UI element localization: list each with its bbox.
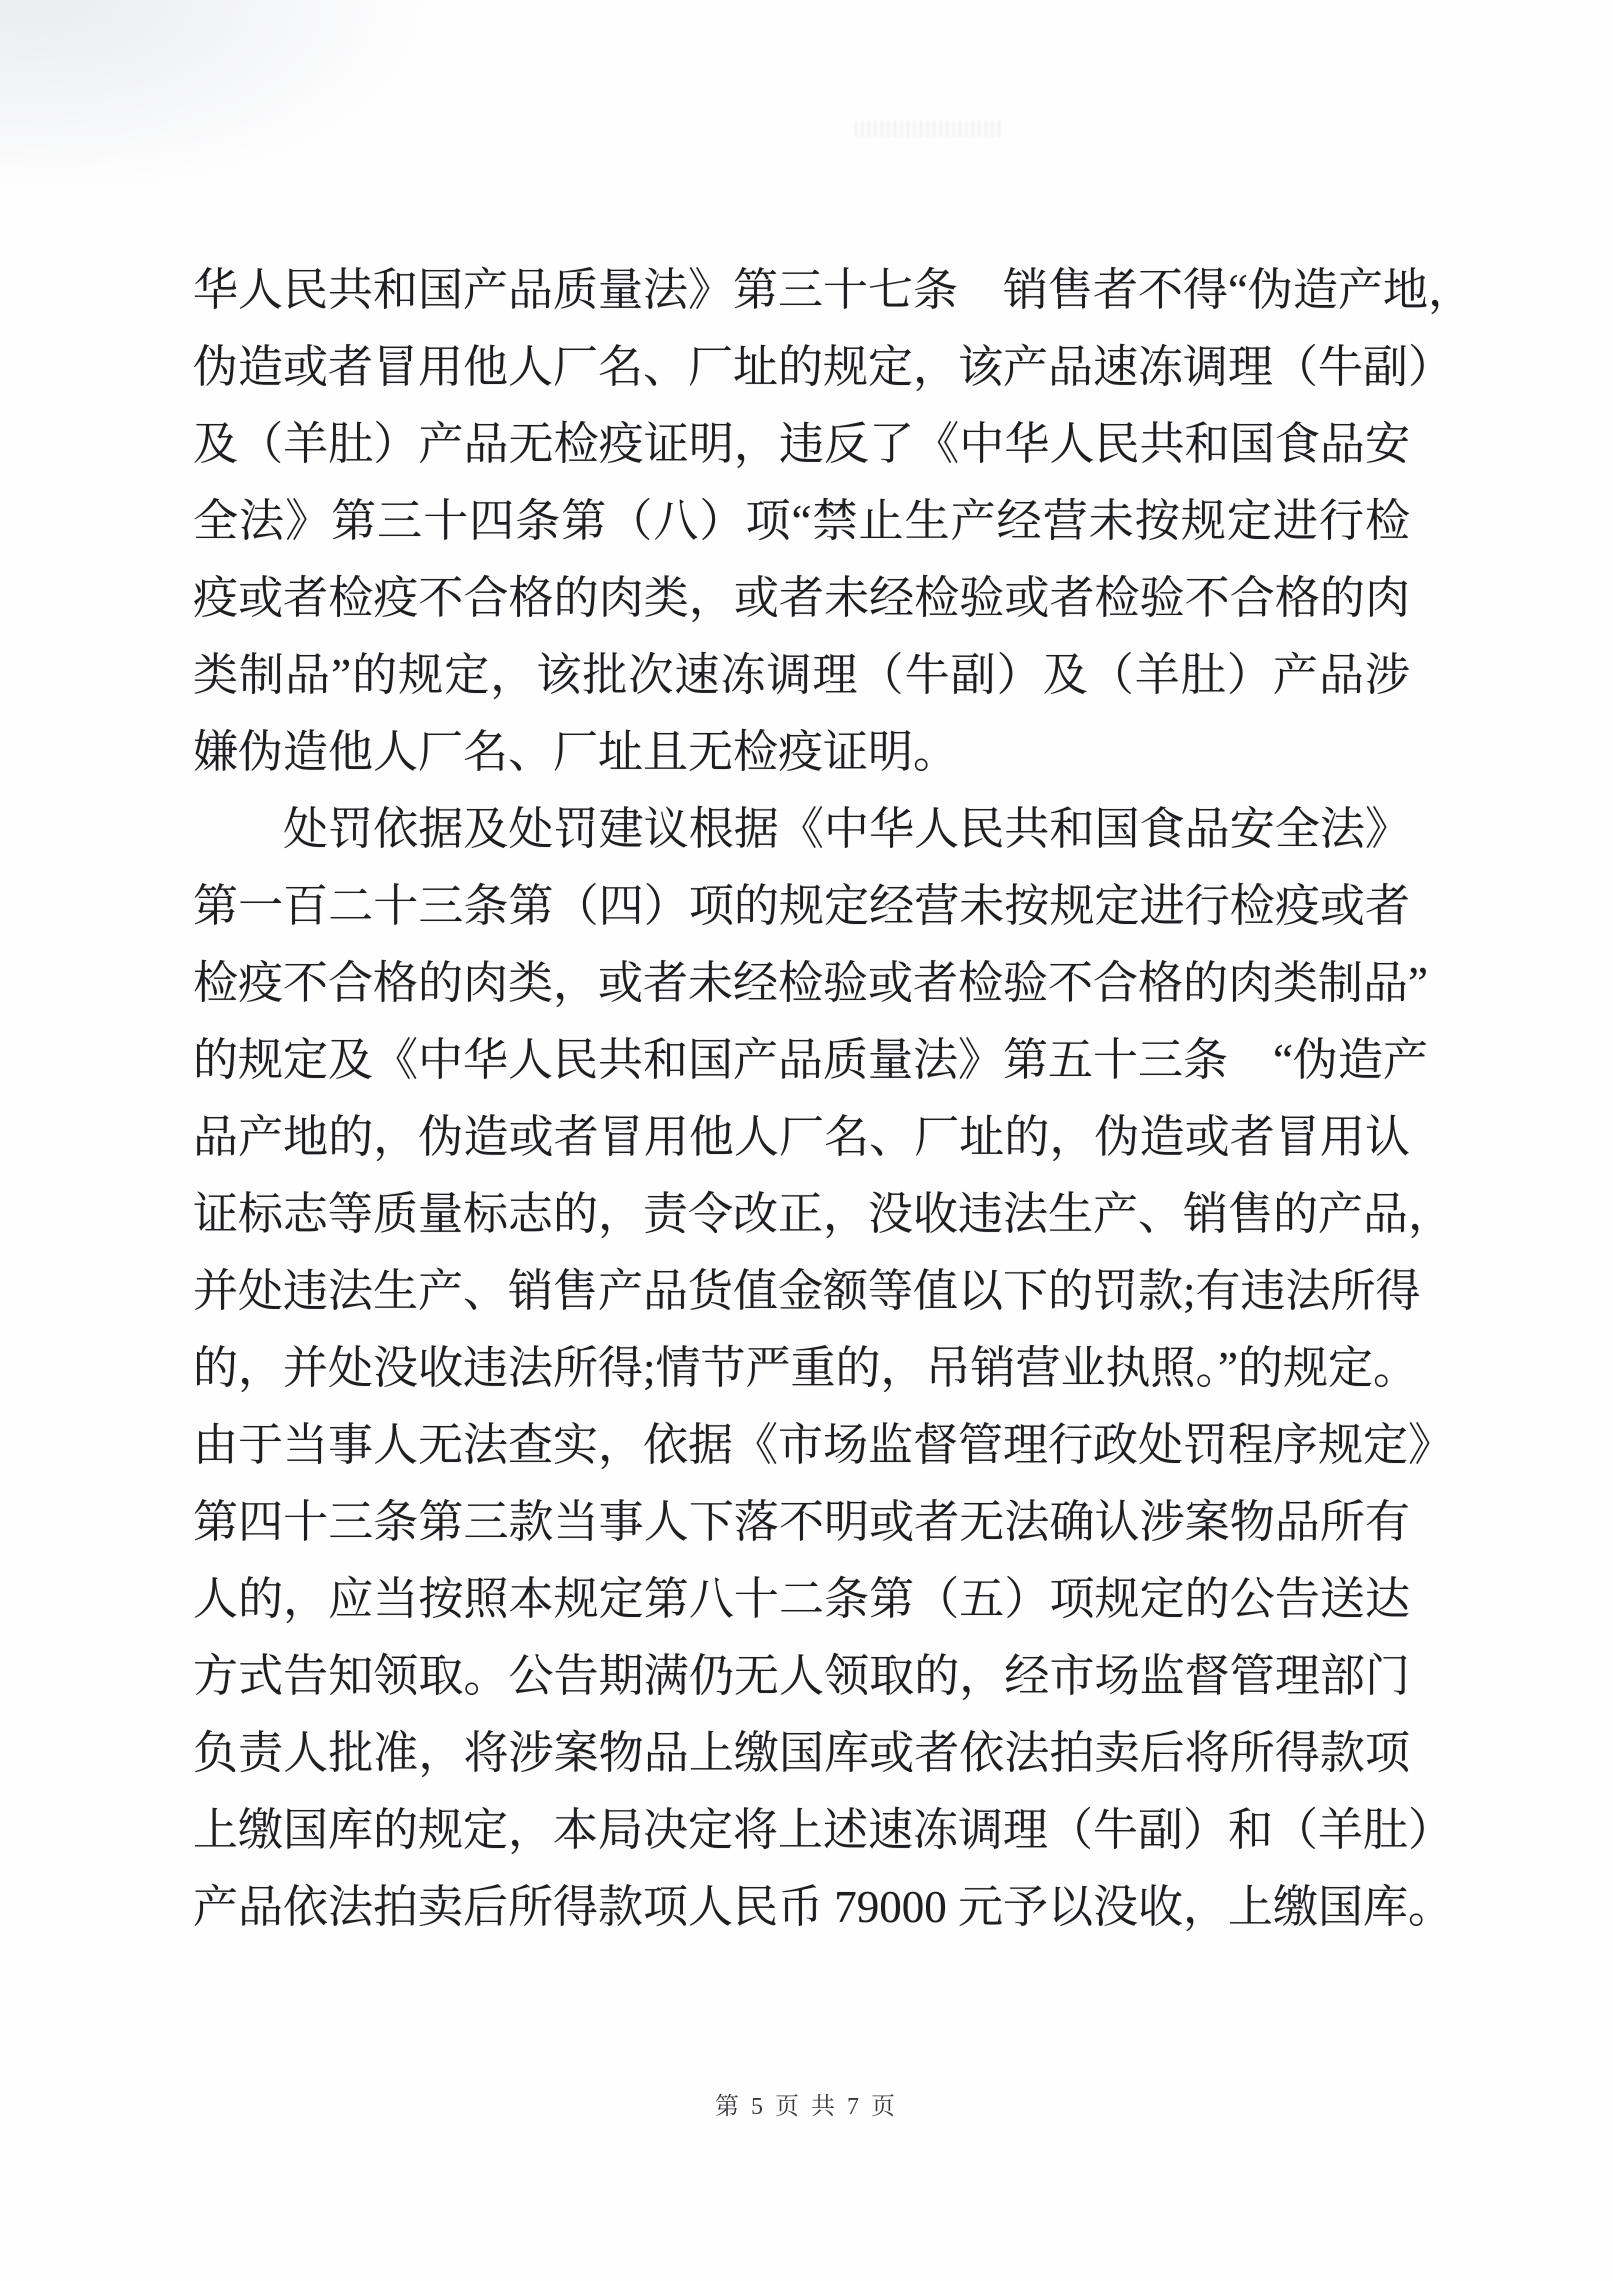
text-line: 证标志等质量标志的，责令改正，没收违法生产、销售的产品， [193,1176,1410,1253]
text-line: 类制品”的规定，该批次速冻调理（牛副）及（羊肚）产品涉 [193,637,1410,714]
document-page: 华人民共和国产品质量法》第三十七条 销售者不得“伪造产地， 伪造或者冒用他人厂名… [0,0,1613,2281]
text-line: 由于当事人无法查实，依据《市场监督管理行政处罚程序规定》 [193,1407,1410,1484]
text-line: 检疫不合格的肉类，或者未经检验或者检验不合格的肉类制品” [193,945,1410,1022]
text-line-paragraph-end: 嫌伪造他人厂名、厂址且无检疫证明。 [193,714,1410,791]
text-line: 华人民共和国产品质量法》第三十七条 销售者不得“伪造产地， [193,252,1410,329]
text-line: 并处违法生产、销售产品货值金额等值以下的罚款;有违法所得 [193,1253,1410,1330]
text-line: 品产地的，伪造或者冒用他人厂名、厂址的，伪造或者冒用认 [193,1099,1410,1176]
text-line: 全法》第三十四条第（八）项“禁止生产经营未按规定进行检 [193,483,1410,560]
text-line: 上缴国库的规定，本局决定将上述速冻调理（牛副）和（羊肚） [193,1792,1410,1869]
text-line: 人的，应当按照本规定第八十二条第（五）项规定的公告送达 [193,1561,1410,1638]
text-line: 及（羊肚）产品无检疫证明，违反了《中华人民共和国食品安 [193,406,1410,483]
body-text: 华人民共和国产品质量法》第三十七条 销售者不得“伪造产地， 伪造或者冒用他人厂名… [193,252,1410,1946]
text-line: 的，并处没收违法所得;情节严重的，吊销营业执照。”的规定。 [193,1330,1410,1407]
text-line: 方式告知领取。公告期满仍无人领取的，经市场监督管理部门 [193,1638,1410,1715]
text-line: 第四十三条第三款当事人下落不明或者无法确认涉案物品所有 [193,1484,1410,1561]
text-line: 伪造或者冒用他人厂名、厂址的规定，该产品速冻调理（牛副） [193,329,1410,406]
text-line: 负责人批准，将涉案物品上缴国库或者依法拍卖后将所得款项 [193,1715,1410,1792]
text-line-paragraph-start: 处罚依据及处罚建议根据《中华人民共和国食品安全法》 [193,791,1410,868]
scan-texture [0,0,520,240]
text-line: 产品依法拍卖后所得款项人民币 79000 元予以没收，上缴国库。 [193,1869,1410,1946]
page-number: 第 5 页 共 7 页 [0,2086,1613,2121]
text-line: 疫或者检疫不合格的肉类，或者未经检验或者检验不合格的肉 [193,560,1410,637]
text-line: 第一百二十三条第（四）项的规定经营未按规定进行检疫或者 [193,868,1410,945]
faint-smudge-mark [855,120,1003,137]
text-line: 的规定及《中华人民共和国产品质量法》第五十三条 “伪造产 [193,1022,1410,1099]
